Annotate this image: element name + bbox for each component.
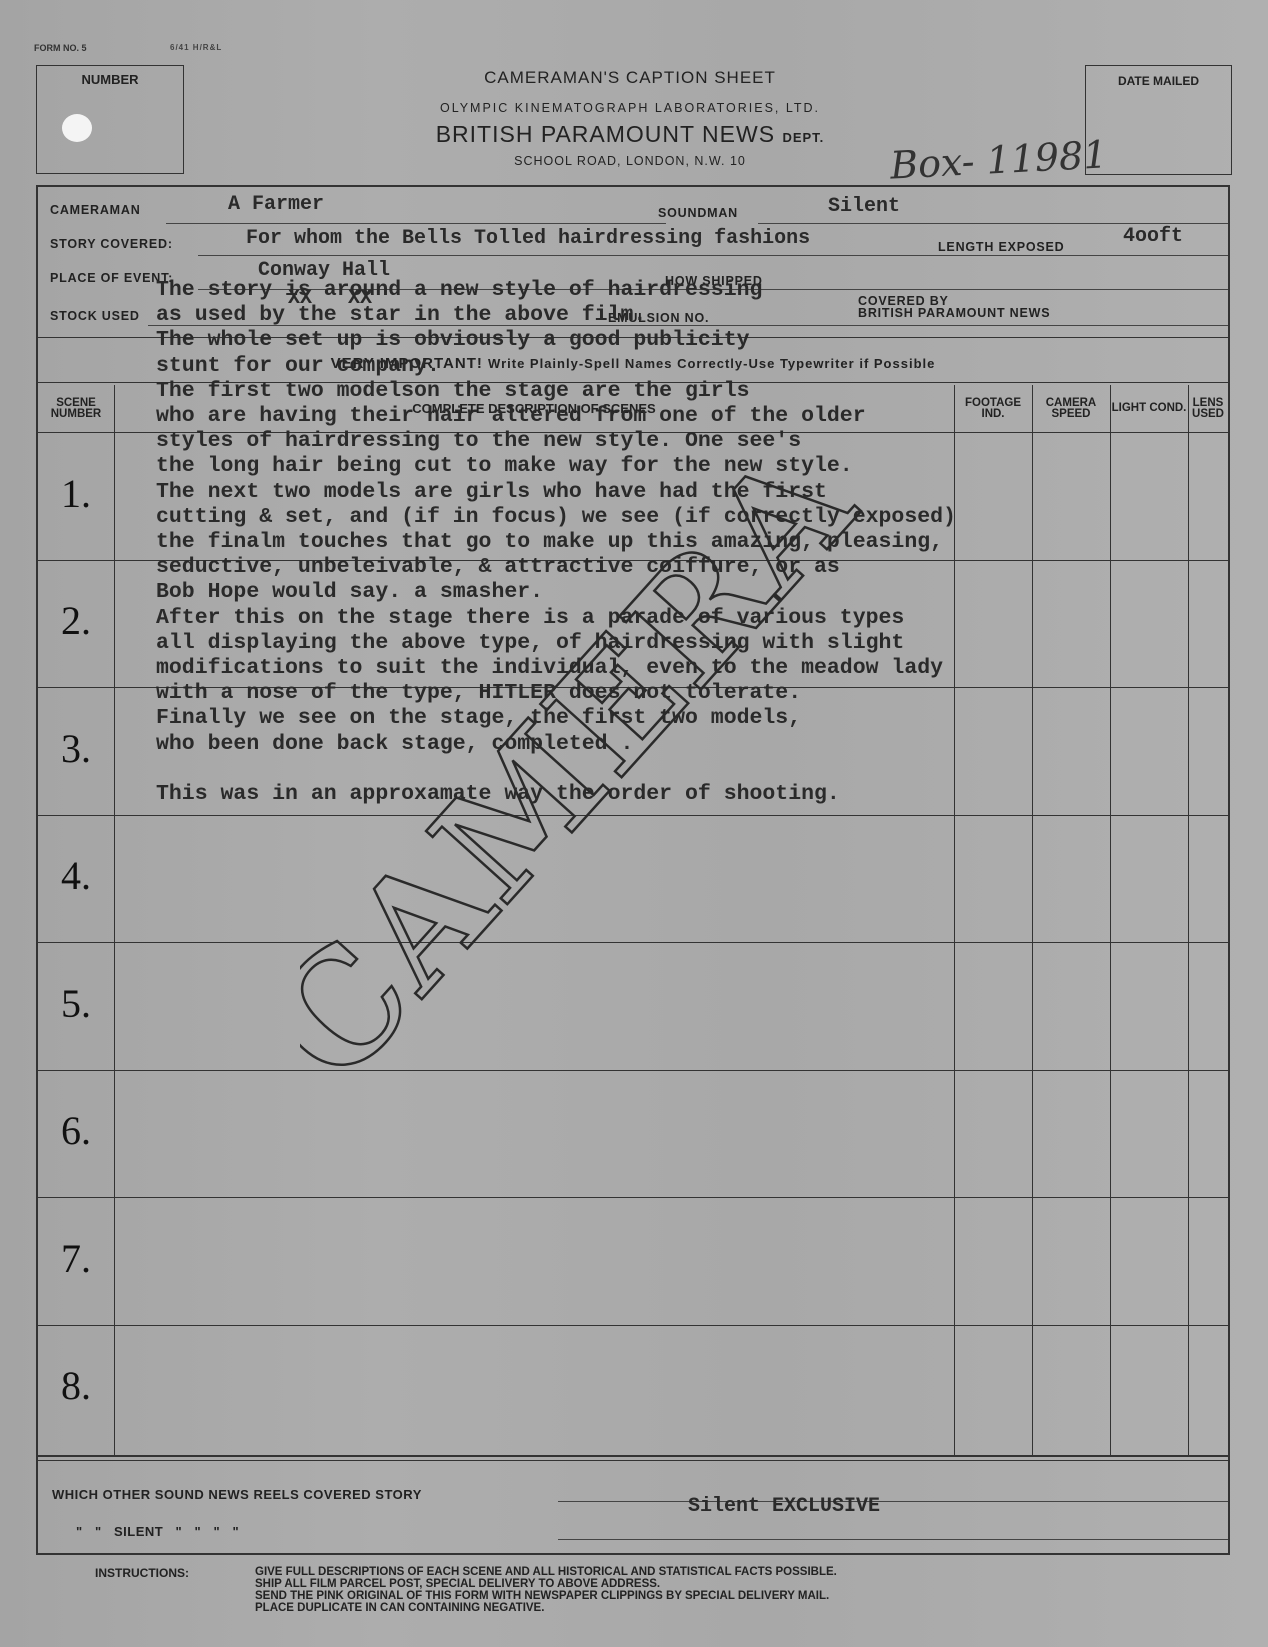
header-scene-number: SCENE NUMBER (38, 385, 114, 432)
soundman-line (758, 223, 1228, 224)
department-label: BRITISH PARAMOUNT NEWS (436, 121, 775, 147)
header-lens-used: LENS USED (1188, 385, 1228, 432)
silent-row-label: " " SILENT " " " " (76, 1524, 239, 1539)
soundman-label: SOUNDMAN (658, 206, 738, 220)
story-covered-value: For whom the Bells Tolled hairdressing f… (246, 227, 810, 250)
scene-number: 5. (38, 980, 114, 1027)
scene-number: 1. (38, 470, 114, 517)
story-line (198, 255, 1228, 256)
instruction-line: SHIP ALL FILM PARCEL POST, SPECIAL DELIV… (255, 1578, 837, 1590)
department-name: BRITISH PARAMOUNT NEWS DEPT. (300, 121, 960, 148)
cameraman-value: A Farmer (228, 193, 324, 216)
dept-suffix: DEPT. (782, 130, 824, 145)
cameraman-label: CAMERAMAN (50, 203, 141, 217)
stock-used-label: STOCK USED (50, 309, 140, 323)
scene-number: 6. (38, 1107, 114, 1154)
instruction-line: GIVE FULL DESCRIPTIONS OF EACH SCENE AND… (255, 1566, 837, 1578)
scene-number: 4. (38, 852, 114, 899)
address: SCHOOL ROAD, LONDON, N.W. 10 (300, 154, 960, 168)
date-mailed-label: DATE MAILED (1086, 74, 1231, 88)
other-reels-label: WHICH OTHER SOUND NEWS REELS COVERED STO… (52, 1487, 422, 1502)
form-number: FORM NO. 5 (34, 43, 87, 53)
punch-hole-icon (62, 114, 92, 142)
instructions-label: INSTRUCTIONS: (95, 1566, 189, 1580)
story-covered-label: STORY COVERED: (50, 237, 173, 251)
form-title: CAMERAMAN'S CAPTION SHEET (300, 68, 960, 88)
scene-description-text: The story is around a new style of haird… (156, 278, 1156, 807)
scene-number: 7. (38, 1235, 114, 1282)
number-label: NUMBER (37, 72, 183, 87)
company-name: OLYMPIC KINEMATOGRAPH LABORATORIES, LTD. (300, 101, 960, 115)
scene-number: 3. (38, 725, 114, 772)
cameraman-line (166, 223, 666, 224)
length-exposed-label: LENGTH EXPOSED (938, 240, 1065, 254)
scene-number: 8. (38, 1362, 114, 1409)
number-box: NUMBER (36, 65, 184, 174)
place-of-event-label: PLACE OF EVENT: (50, 271, 173, 285)
scene-number: 2. (38, 597, 114, 644)
silent-exclusive-value: Silent EXCLUSIVE (688, 1495, 880, 1518)
instruction-line: SEND THE PINK ORIGINAL OF THIS FORM WITH… (255, 1590, 837, 1602)
instructions-list: GIVE FULL DESCRIPTIONS OF EACH SCENE AND… (255, 1566, 837, 1614)
caption-sheet: FORM NO. 5 6/41 H/R&L NUMBER CAMERAMAN'S… (0, 0, 1268, 1647)
length-exposed-value: 4ooft (1123, 225, 1183, 248)
instruction-line: PLACE DUPLICATE IN CAN CONTAINING NEGATI… (255, 1602, 837, 1614)
soundman-value: Silent (828, 195, 900, 218)
form-code: 6/41 H/R&L (170, 43, 222, 52)
